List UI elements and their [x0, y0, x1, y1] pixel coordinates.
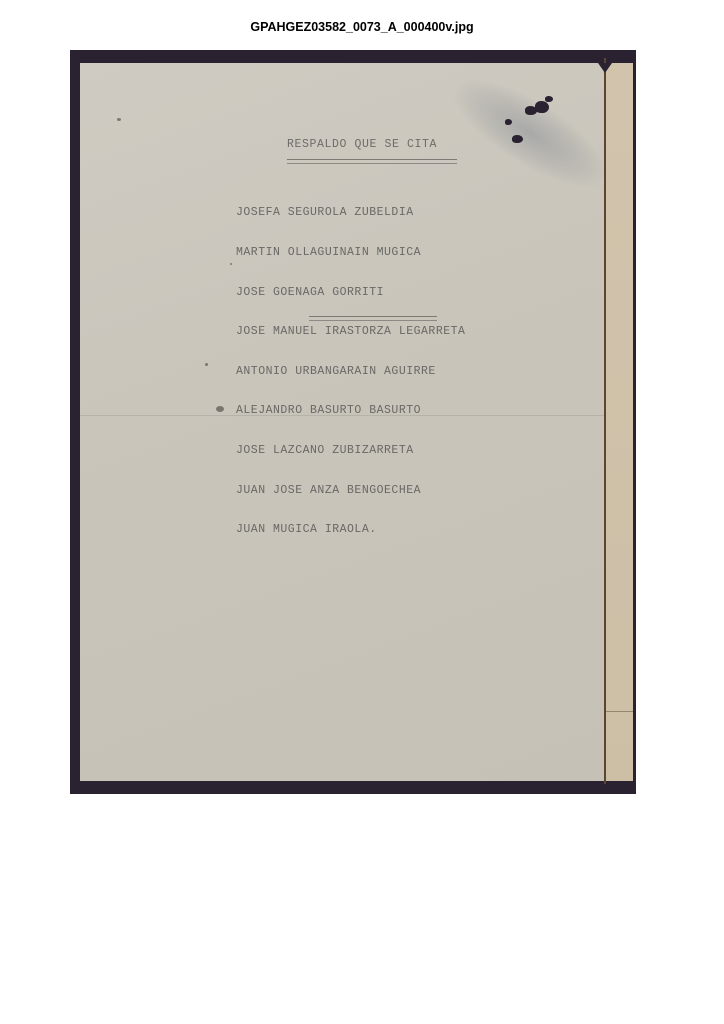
name-entry: JOSE GOENAGA GORRITI: [236, 286, 465, 299]
ink-speck: [230, 263, 232, 265]
scanned-page: RESPALDO QUE SE CITA JOSEFA SEGUROLA ZUB…: [70, 50, 636, 794]
name-entry: JUAN JOSE ANZA BENGOECHEA: [236, 484, 465, 497]
name-entry: JOSE LAZCANO ZUBIZARRETA: [236, 444, 465, 457]
water-stain: [442, 63, 605, 203]
worm-hole: [512, 135, 523, 143]
worm-hole: [545, 96, 553, 102]
name-entry: ANTONIO URBANGARAIN AGUIRRE: [236, 365, 465, 378]
ink-speck: [216, 406, 224, 412]
fold-notch: [598, 63, 612, 73]
name-entry: JOSE MANUEL IRASTORZA LEGARRETA: [236, 325, 465, 338]
names-list: JOSEFA SEGUROLA ZUBELDIA MARTIN OLLAGUIN…: [236, 180, 465, 563]
adjacent-page-edge: [605, 63, 633, 781]
name-entry: JUAN MUGICA IRAOLA.: [236, 523, 465, 536]
heading-underline: [287, 159, 457, 164]
name-entry: MARTIN OLLAGUINAIN MUGICA: [236, 246, 465, 259]
document-heading: RESPALDO QUE SE CITA: [287, 138, 437, 151]
closing-rule: [309, 316, 437, 321]
name-entry: ALEJANDRO BASURTO BASURTO: [236, 404, 465, 417]
page-fold: [604, 58, 606, 784]
name-entry: JOSEFA SEGUROLA ZUBELDIA: [236, 206, 465, 219]
worm-hole: [505, 119, 512, 125]
worm-hole: [535, 101, 549, 113]
file-title: GPAHGEZ03582_0073_A_000400v.jpg: [0, 20, 724, 34]
ink-speck: [117, 118, 121, 121]
paper-sheet: RESPALDO QUE SE CITA JOSEFA SEGUROLA ZUB…: [80, 63, 605, 781]
ink-speck: [205, 363, 208, 366]
